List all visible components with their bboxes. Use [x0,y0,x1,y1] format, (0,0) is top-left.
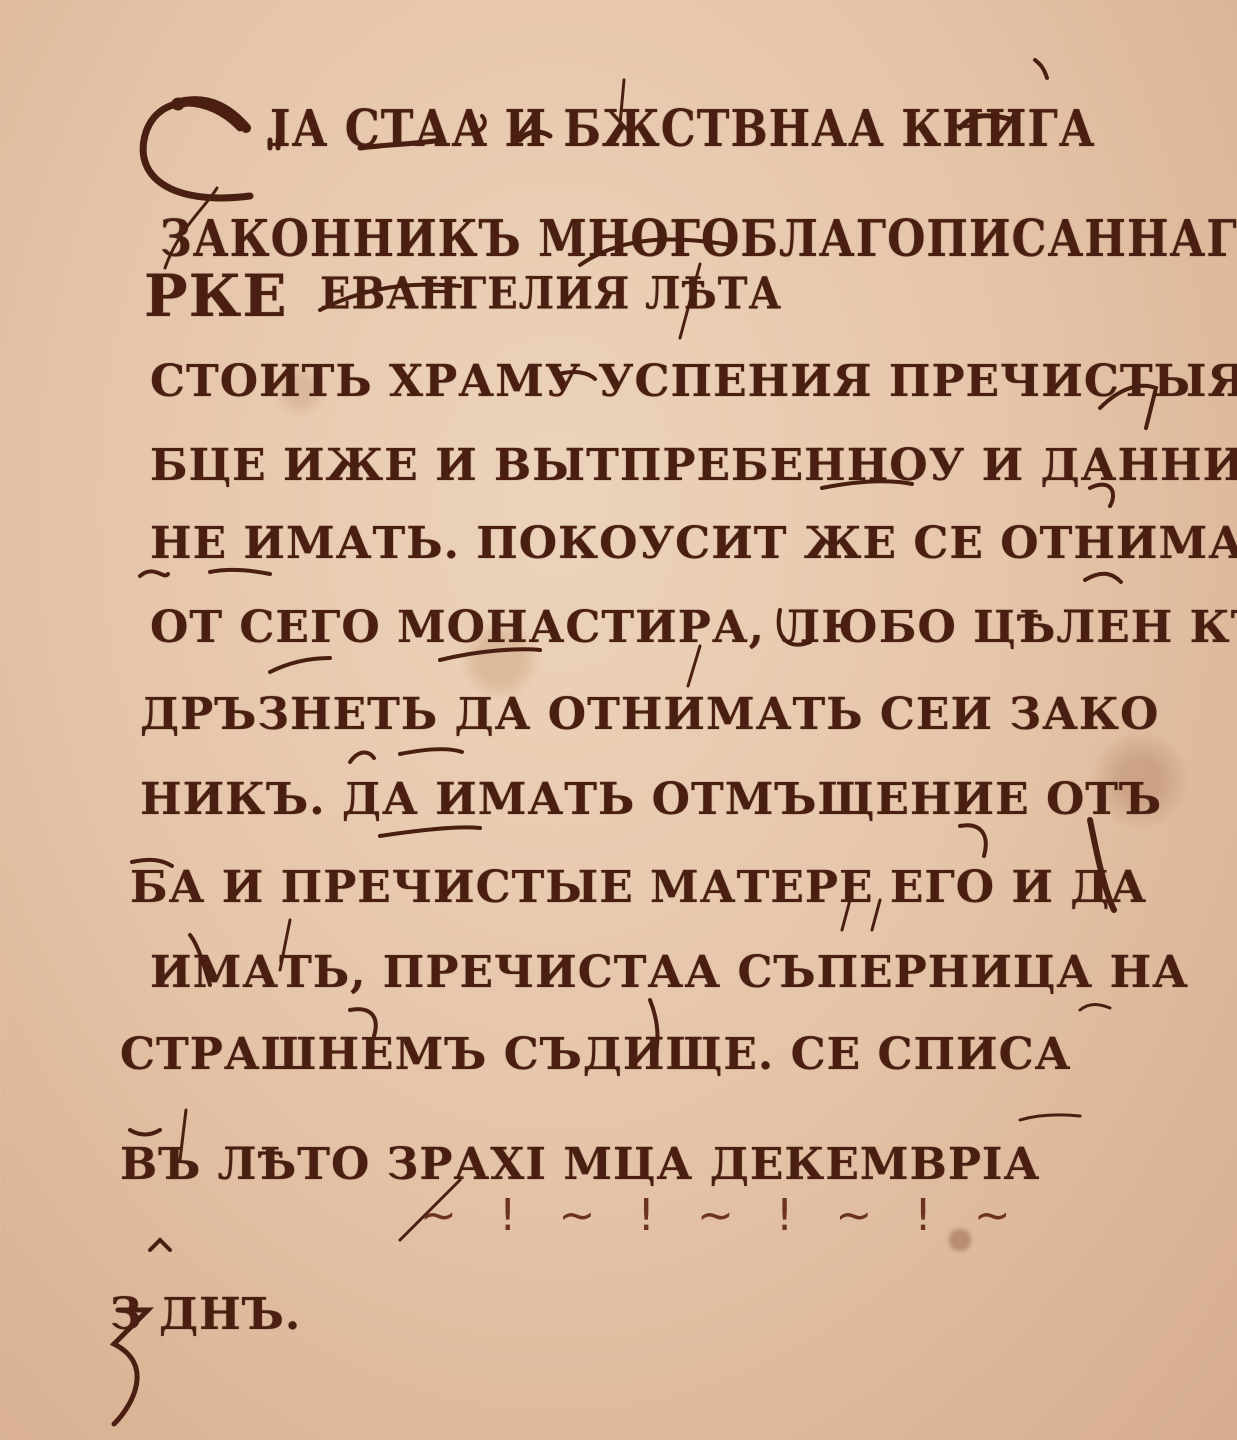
text-line-10: БА И ПРЕЧИСТЫЕ МАТЕРЕ ЕГО И ДА [130,862,1147,913]
text-line-11: ИМАТЬ, ПРЕЧИСТАА СЪПЕРНИЦА НА [150,947,1189,998]
text-line-7: ОТ СЕГО МОНАСТИРА, ЛЮБО ЦѢЛЕН КТО [150,602,1237,653]
text-line-2: ЗАКОННИКЪ МНОГОБЛАГОПИСАННАГО ХРИСТОВА Ц… [160,210,1237,269]
manuscript-page: ІА СТАА И БЖСТВНАА КНИГА ЗАКОННИКЪ МНОГО… [0,0,1237,1440]
closing-ornament: ~ ! ~ ! ~ ! ~ ! ~ [420,1190,1025,1241]
text-line-8: ДРЪЗНЕТЬ ДА ОТНИМАТЬ СЕИ ЗАКО [140,689,1159,740]
text-line-12: СТРАШНЕМЪ СЪДИЩЕ. СЕ СПИСА [120,1029,1071,1080]
text-line-1: ІА СТАА И БЖСТВНАА КНИГА [270,100,1096,159]
text-line-9: НИКЪ. ДА ИМАТЬ ОТМЪЩЕНИЕ ОТЪ [140,774,1162,825]
text-line-14: З ДНЪ. [110,1289,301,1340]
text-line-5: БЦЕ ИЖЕ И ВЫТПРЕБЕННОУ И ДАННИКЪ [150,440,1237,491]
text-line-3: ЕВАНГЕЛИЯ ЛѢТА [320,268,782,320]
text-line-4: СТОИТЬ ХРАМУ УСПЕНИЯ ПРЕЧИСТЫЯ [150,356,1237,407]
text-line-6: НЕ ИМАТЬ. ПОКОУСИТ ЖЕ СЕ ОТНИМАТИ [150,518,1237,569]
text-line-13: ВЪ ЛѢТО ЗРАХІ МЦА ДЕКЕМВРІА [120,1139,1040,1190]
text-line-3-numeral: РКЕ [144,262,288,330]
